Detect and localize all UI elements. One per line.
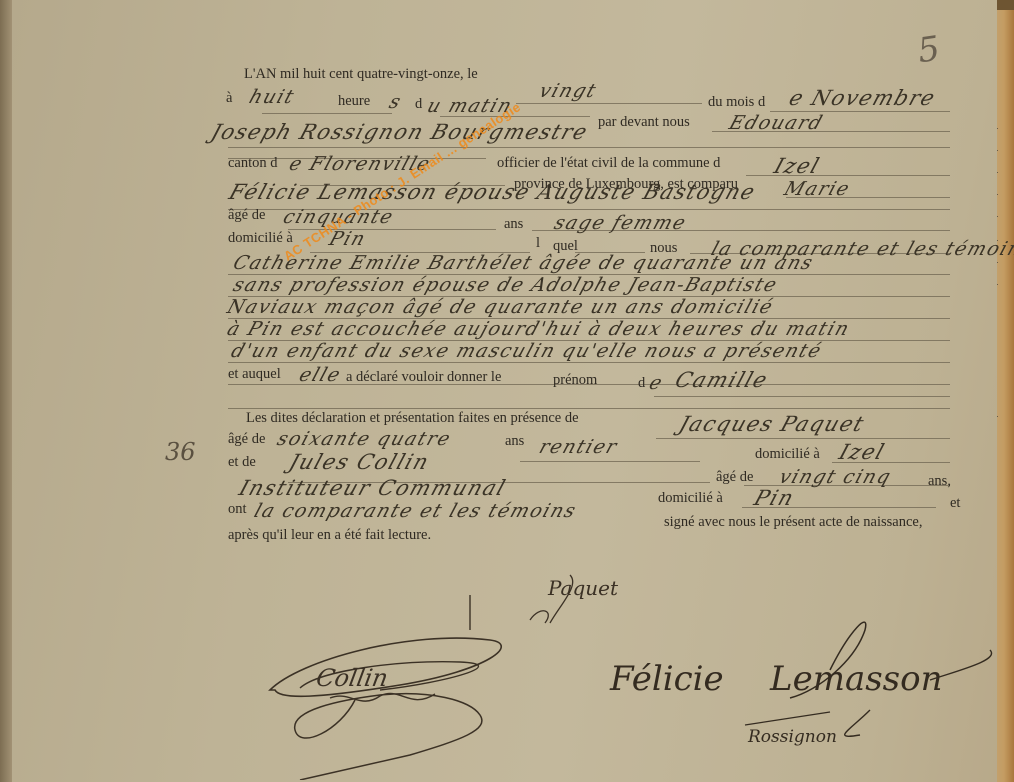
hw-body-line-5: d'un enfant du sexe masculin qu'elle nou… [228, 340, 825, 362]
printed-par-devant: par devant nous [598, 114, 690, 131]
hw-witness1-domicile: Izel [836, 440, 888, 464]
hw-officer-line: Joseph Rossignon Bourgmestre [208, 120, 591, 144]
printed-signe: signé avec nous le présent acte de naiss… [664, 514, 922, 531]
hw-officer-first: Edouard [726, 112, 826, 134]
svg-text:Paquet: Paquet [547, 576, 619, 600]
printed-domicilie: domicilié à [228, 230, 293, 247]
signature-officer: Collin [260, 590, 560, 780]
rule [262, 113, 392, 114]
printed-officier: officier de l'état civil de la commune d [497, 155, 720, 172]
svg-text:Collin: Collin [314, 664, 390, 692]
printed-witness-intro: Les dites déclaration et présentation fa… [246, 410, 579, 427]
printed-canton: canton d [228, 155, 278, 172]
svg-text:Félicie: Félicie [609, 659, 724, 699]
printed-age-de: âgé de [228, 207, 265, 224]
rule [228, 408, 950, 409]
hw-body-line-4: à Pin est accouchée aujourd'hui à deux h… [224, 318, 853, 340]
rule [654, 396, 950, 397]
printed-w2-domicile: domicilié à [658, 490, 723, 507]
hw-witness2-name: Jules Collin [286, 450, 433, 474]
hw-witness1-name: Jacques Paquet [676, 412, 868, 436]
hw-declarant-first: Marie [781, 178, 853, 200]
printed-declare: a déclaré vouloir donner le [346, 369, 501, 386]
svg-text:Rossignon: Rossignon [747, 727, 837, 747]
printed-w2-ans: ans, [928, 473, 951, 490]
printed-w2-age: âgé de [716, 469, 753, 486]
hw-hour: huit [246, 86, 297, 108]
printed-et-auquel: et auquel [228, 366, 281, 383]
document-scene: 5 L'AN mil huit cent quatre-vingt-onze, … [0, 0, 1014, 782]
hw-child-name: Camille [672, 368, 771, 392]
printed-year-line: L'AN mil huit cent quatre-vingt-onze, le [244, 66, 478, 83]
printed-d: d [415, 96, 422, 113]
margin-entry-number: 36 [165, 438, 196, 466]
hw-witness1-age: soixante quatre [274, 428, 454, 450]
printed-prenom-d: d [638, 375, 645, 392]
printed-w1-age: âgé de [228, 431, 265, 448]
printed-ans: ans [504, 216, 523, 233]
rule [228, 362, 950, 363]
hw-signers: la comparante et les témoins [251, 500, 579, 522]
hw-witness2-profession: Instituteur Communal [236, 476, 509, 500]
svg-text:Lemasson: Lemasson [769, 659, 942, 699]
printed-prenom: prénom [553, 372, 597, 389]
rule [656, 438, 950, 439]
printed-heure: heure [338, 93, 370, 110]
printed-lecture: après qu'il leur en a été fait lecture. [228, 527, 431, 544]
printed-et: et [950, 495, 960, 512]
hw-commune: Izel [771, 154, 823, 178]
printed-ont: ont [228, 501, 247, 518]
printed-month-label: du mois d [708, 94, 765, 111]
hw-witness2-domicile: Pin [751, 486, 798, 510]
printed-w1-ans: ans [505, 433, 524, 450]
printed-a: à [226, 90, 232, 107]
printed-et-de: et de [228, 454, 256, 471]
rule [520, 461, 700, 462]
printed-w1-domicile: domicilié à [755, 446, 820, 463]
printed-l: l [536, 235, 540, 252]
hw-month: e Novembre [786, 86, 939, 110]
hw-witness2-age: vingt cinq [776, 466, 894, 488]
signature-mayor: Rossignon [740, 700, 870, 770]
rule [516, 103, 702, 104]
hw-body-line-3: Naviaux maçon âgé de quarante un ans dom… [224, 296, 776, 318]
hw-body-line-1: Catherine Emilie Barthélet âgée de quara… [230, 252, 816, 274]
hw-day: vingt [536, 80, 600, 102]
hw-declarant-profession: sage femme [551, 212, 689, 234]
hw-witness1-profession: rentier [536, 436, 620, 458]
hw-declared-by: elle [296, 364, 344, 386]
rule [228, 147, 950, 148]
hw-declarant-line: Félicie Lemasson épouse Auguste Bastogne [226, 180, 759, 204]
hw-body-line-2: sans profession épouse de Adolphe Jean-B… [230, 274, 780, 296]
